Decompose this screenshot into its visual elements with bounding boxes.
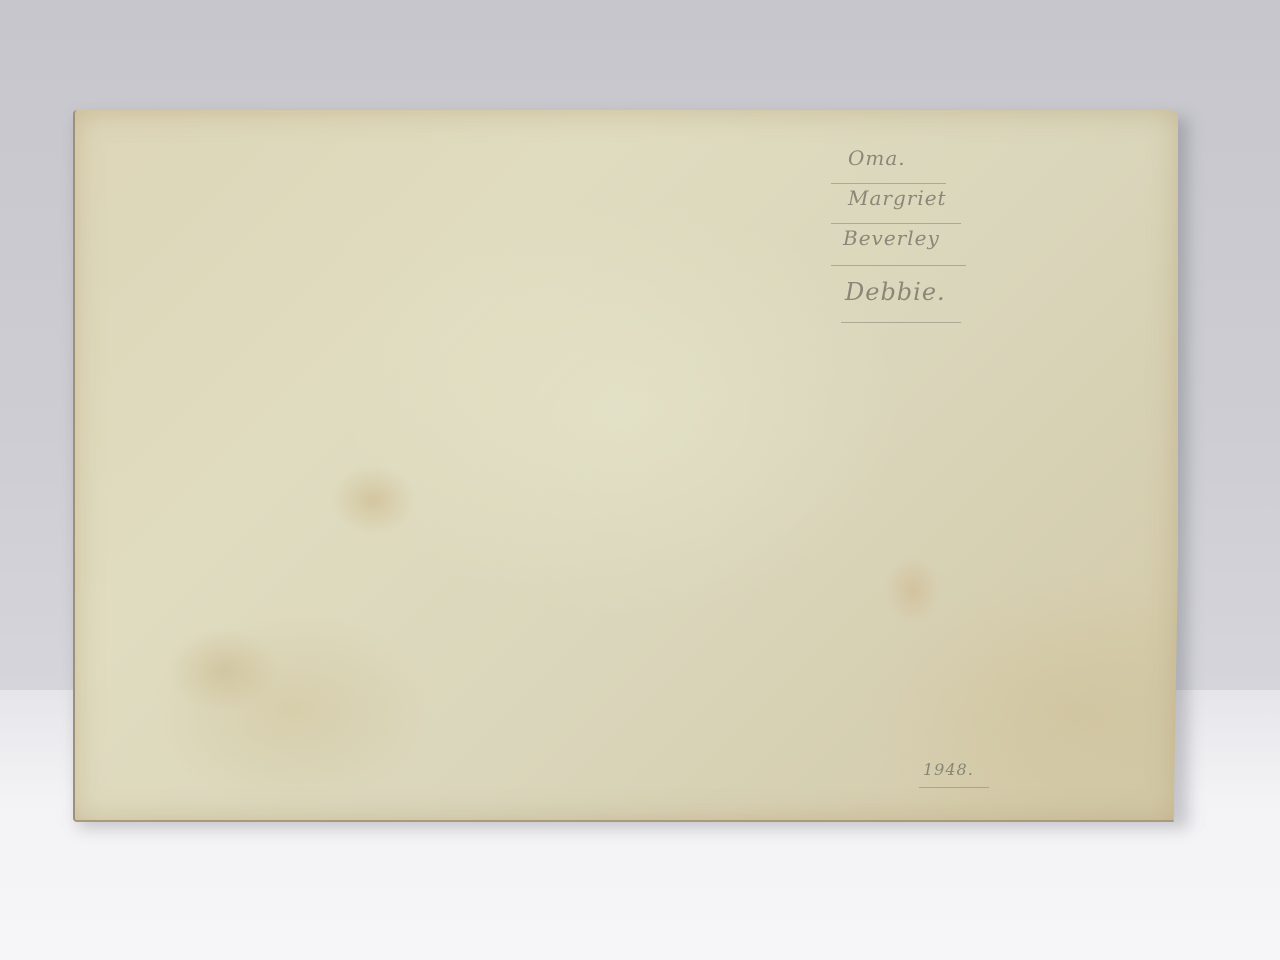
year-note: 1948.	[923, 760, 974, 779]
name-margriet: Margriet	[848, 186, 947, 210]
name-debbie: Debbie.	[845, 278, 946, 306]
photo-card-back: Oma. Margriet Beverley Debbie. 1948.	[73, 110, 1178, 822]
underline	[831, 183, 946, 184]
name-oma: Oma.	[848, 146, 906, 170]
underline	[919, 787, 989, 788]
underline	[841, 322, 961, 323]
underline	[831, 223, 961, 224]
name-beverley: Beverley	[843, 226, 940, 250]
underline	[831, 265, 966, 266]
